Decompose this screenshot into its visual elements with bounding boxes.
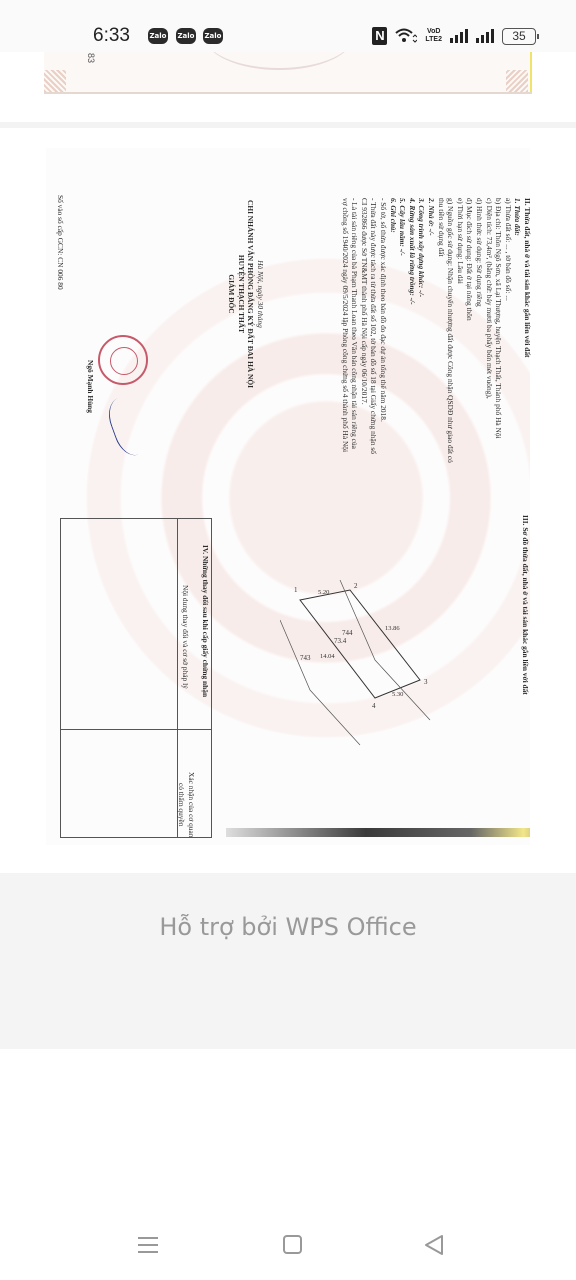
decorative-corner [506,70,528,92]
menu-icon [138,1237,158,1239]
svg-text:73.4: 73.4 [334,637,347,645]
signal-sim1-icon [450,29,468,43]
svg-text:14.04: 14.04 [320,653,335,660]
powered-by-label: Hỗ trợ bởi WPS Office [0,913,576,941]
organization: CHI NHÁNH VĂN PHÒNG ĐĂNG KÝ ĐẤT ĐAI HÀ N… [246,200,256,388]
svg-text:2: 2 [354,582,358,590]
zalo-notification-icon: Zalo [148,28,168,44]
section-2: II. Thửa đất, nhà ở và tài sản khác gắn … [340,198,532,463]
svg-text:1: 1 [294,586,298,594]
wps-footer: Hỗ trợ bởi WPS Office [0,873,576,1049]
svg-text:744: 744 [342,629,353,637]
svg-text:3: 3 [424,678,428,686]
wifi-icon [395,27,417,45]
svg-text:743: 743 [300,654,311,662]
home-button[interactable] [278,1232,306,1258]
svg-text:5.30: 5.30 [392,691,403,698]
date-line: Hà Nội, ngày 30 tháng [255,200,265,388]
signer-name: Ngô Mạnh Hùng [85,360,95,413]
recent-apps-button[interactable] [134,1232,162,1258]
position: GIÁM ĐỐC [227,200,237,388]
table-header-confirmation: Xác nhận của cơ quan có thẩm quyền [177,772,196,837]
registry-number: Số vào sổ cấp GCN: CN 006 80 [55,195,65,290]
volte-icon: VoDLTE2 [425,28,442,44]
page-separator [0,122,576,128]
signature-block: Hà Nội, ngày 30 tháng CHI NHÁNH VĂN PHÒN… [227,200,265,388]
decorative-corner [44,70,66,92]
zalo-notification-icon: Zalo [203,28,223,44]
nfc-icon: N [372,27,387,45]
parcel-diagram: 1 2 3 4 744 73.4 743 5.20 13.86 5.30 14.… [280,580,450,750]
table-divider [61,729,211,730]
table-header-changes: Nội dung thay đổi và cơ sở pháp lý [180,585,190,689]
screen: 6:33 Zalo Zalo Zalo N VoDLTE2 35 83 [0,0,576,1280]
svg-text:4: 4 [372,702,376,710]
back-triangle-icon [426,1236,442,1254]
status-icons: N VoDLTE2 35 [372,26,536,46]
signal-sim2-icon [476,29,494,43]
back-button[interactable] [420,1232,448,1258]
page-number: 83 [86,53,96,63]
page-edge [226,828,530,837]
zalo-notification-icon: Zalo [176,28,196,44]
section-3-title: III. Sơ đồ thửa đất, nhà ở và tài sản kh… [520,515,530,695]
svg-text:5.20: 5.20 [318,589,329,596]
section-2-title: II. Thửa đất, nhà ở và tài sản khác gắn … [522,198,532,463]
battery-icon: 35 [502,28,536,45]
section-4-title: IV. Những thay đổi sau khi cấp giấy chứn… [200,545,210,697]
navigation-bar [0,1210,576,1280]
square-icon [283,1235,302,1254]
clock: 6:33 [93,25,130,47]
official-stamp [98,335,148,385]
svg-text:13.86: 13.86 [385,625,400,632]
status-bar: 6:33 Zalo Zalo Zalo N VoDLTE2 35 [0,0,576,52]
